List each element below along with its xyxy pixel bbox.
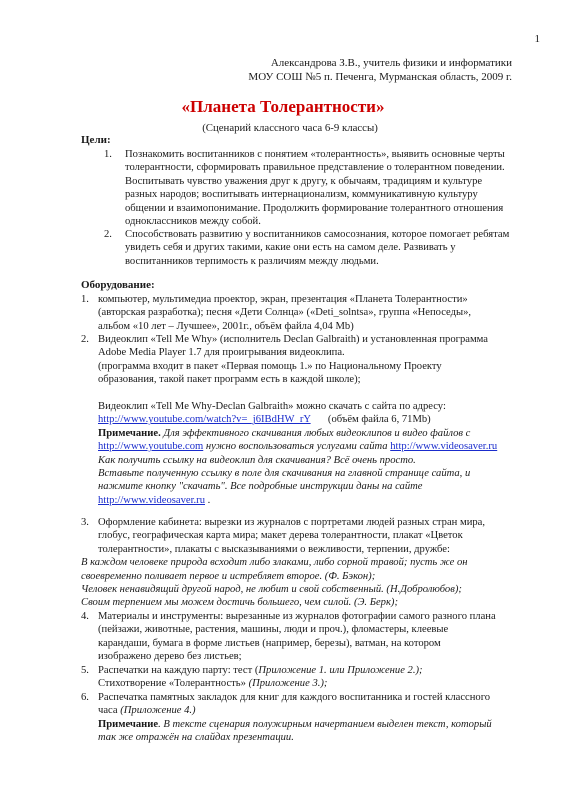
period: .	[208, 495, 211, 506]
youtube-link[interactable]: http://www.youtube.com	[98, 441, 203, 452]
text-line: Adobe Media Player 1.7 для проигрывания …	[98, 346, 497, 359]
list-number: 3.	[81, 516, 89, 529]
goal-text: Познакомить воспитанников с понятием «то…	[125, 148, 505, 228]
text-line: часа (Приложение 4.)	[98, 704, 492, 717]
appendix-ref: Приложение 1. или Приложение 2.);	[258, 665, 422, 676]
file-size: (объём файла 6, 71Mb)	[328, 414, 431, 425]
document-title: «Планета Толерантности»	[0, 97, 566, 117]
text-line: Способствовать развитию у воспитанников …	[125, 228, 509, 241]
note-line: Примечание. В тексте сценария полужирным…	[98, 718, 492, 731]
equipment-text: Распечатка памятных закладок для книг дл…	[98, 691, 492, 745]
text-line: компьютер, мультимедиа проектор, экран, …	[98, 293, 471, 306]
video-url-link[interactable]: http://www.youtube.com/watch?v=_j6IBdHW_…	[98, 414, 311, 425]
text-line: образования, такой пакет программ есть в…	[98, 373, 497, 386]
text-line: Материалы и инструменты: вырезанные из ж…	[98, 610, 496, 623]
equipment-text: Материалы и инструменты: вырезанные из ж…	[98, 610, 496, 664]
text-line: Познакомить воспитанников с понятием «то…	[125, 148, 505, 161]
goal-text: Способствовать развитию у воспитанников …	[125, 228, 509, 268]
text-line: Распечатка памятных закладок для книг дл…	[98, 691, 492, 704]
text-line: (пейзажи, животные, растения, машины, лю…	[98, 623, 496, 636]
note-text: Как получить ссылку на видеоклип для ска…	[98, 455, 416, 466]
quote-line: В каждом человеке природа всходит либо з…	[81, 556, 468, 569]
text-line: Видеоклип «Tell Me Why» (исполнитель Dec…	[98, 333, 497, 346]
note-text: Вставьте полученную ссылку в поле для ск…	[98, 468, 470, 479]
text-line: альбом «10 лет – Лучшее», 2001г., объём …	[98, 320, 471, 333]
note-line-4: Вставьте полученную ссылку в поле для ск…	[98, 467, 497, 480]
text-line: (авторская разработка); песня «Дети Солн…	[98, 306, 471, 319]
note-text: нажмите кнопку "скачать". Все подробные …	[98, 481, 422, 492]
note-label: Примечание	[98, 719, 158, 730]
list-number: 1.	[81, 293, 89, 306]
list-number: 5.	[81, 664, 89, 677]
quote-line: Человек ненавидящий другой народ, не люб…	[81, 583, 468, 596]
list-number: 2.	[81, 333, 89, 346]
text-line: воспитанников терпимость к различиям меж…	[125, 255, 509, 268]
author-line-2: МОУ СОШ №5 п. Печенга, Мурманская област…	[248, 71, 512, 85]
text: Стихотворение «Толерантность»	[98, 678, 249, 689]
text-line: глобус, географическая карта мира; макет…	[98, 529, 485, 542]
note-text: так же отражён на слайдах презентации.	[98, 732, 294, 743]
note-line-1: Примечание. Для эффективного скачивания …	[98, 427, 497, 440]
text-line: Распечатки на каждую парту: тест (Прилож…	[98, 664, 423, 677]
note-line-5: нажмите кнопку "скачать". Все подробные …	[98, 480, 497, 493]
text-line: толерантности», плакаты с высказываниями…	[98, 543, 485, 556]
author-block: Александрова З.В., учитель физики и инфо…	[248, 57, 512, 84]
goals-heading: Цели:	[81, 134, 111, 147]
text-line: общении и взаимопонимание. Продолжить фо…	[125, 202, 505, 215]
videosaver-link-2[interactable]: http://www.videosaver.ru	[98, 495, 205, 506]
equipment-text: Видеоклип «Tell Me Why» (исполнитель Dec…	[98, 333, 497, 507]
text-line: увидеть себя и других такими, какие они …	[125, 241, 509, 254]
note-line-3: Как получить ссылку на видеоклип для ска…	[98, 454, 497, 467]
text-line: (программа входит в пакет «Первая помощь…	[98, 360, 497, 373]
list-number: 4.	[81, 610, 89, 623]
list-number: 6.	[81, 691, 89, 704]
note-text: . В тексте сценария полужирным начертани…	[158, 719, 492, 730]
text: Распечатки на каждую парту: тест (	[98, 665, 258, 676]
equipment-text: Оформление кабинета: вырезки из журналов…	[98, 516, 485, 556]
appendix-ref: (Приложение 4.)	[120, 705, 195, 716]
quote-line: Своим терпением мы можем достичь большег…	[81, 596, 468, 609]
text-line: Оформление кабинета: вырезки из журналов…	[98, 516, 485, 529]
note-line: так же отражён на слайдах презентации.	[98, 731, 492, 744]
page-number: 1	[535, 33, 541, 46]
list-number: 1.	[104, 148, 112, 161]
videosaver-link[interactable]: http://www.videosaver.ru	[390, 441, 497, 452]
equipment-text: компьютер, мультимедиа проектор, экран, …	[98, 293, 471, 333]
author-line-1: Александрова З.В., учитель физики и инфо…	[248, 57, 512, 71]
note-line-6: http://www.videosaver.ru .	[98, 494, 497, 507]
quote-line: своевременно поливает первое и истребляе…	[81, 570, 468, 583]
video-link-line: http://www.youtube.com/watch?v=_j6IBdHW_…	[98, 413, 497, 426]
text-line: изображено дерево без листьев;	[98, 650, 496, 663]
equipment-heading: Оборудование:	[81, 279, 155, 292]
note-line-2: http://www.youtube.com нужно воспользова…	[98, 440, 497, 453]
text-line: Воспитывать чувство уважения друг к друг…	[125, 175, 505, 188]
text-line: карандаши, бумага в форме листьев (напри…	[98, 637, 496, 650]
equipment-text: Распечатки на каждую парту: тест (Прилож…	[98, 664, 423, 691]
note-label: Примечание.	[98, 428, 161, 439]
text-line: толерантности, сформировать правильное п…	[125, 161, 505, 174]
list-number: 2.	[104, 228, 112, 241]
text-line: одноклассников между собой.	[125, 215, 505, 228]
appendix-ref: (Приложение 3.);	[249, 678, 328, 689]
note-text: нужно воспользоваться услугами сайта	[206, 441, 388, 452]
note-text: Для эффективного скачивания любых видеок…	[163, 428, 470, 439]
text-line: разных народов; воспитывать интернациона…	[125, 188, 505, 201]
text-line: Стихотворение «Толерантность» (Приложени…	[98, 677, 423, 690]
text: часа	[98, 705, 120, 716]
quotes-block: В каждом человеке природа всходит либо з…	[81, 556, 468, 610]
text-line: Видеоклип «Tell Me Why-Declan Galbraith»…	[98, 400, 497, 413]
